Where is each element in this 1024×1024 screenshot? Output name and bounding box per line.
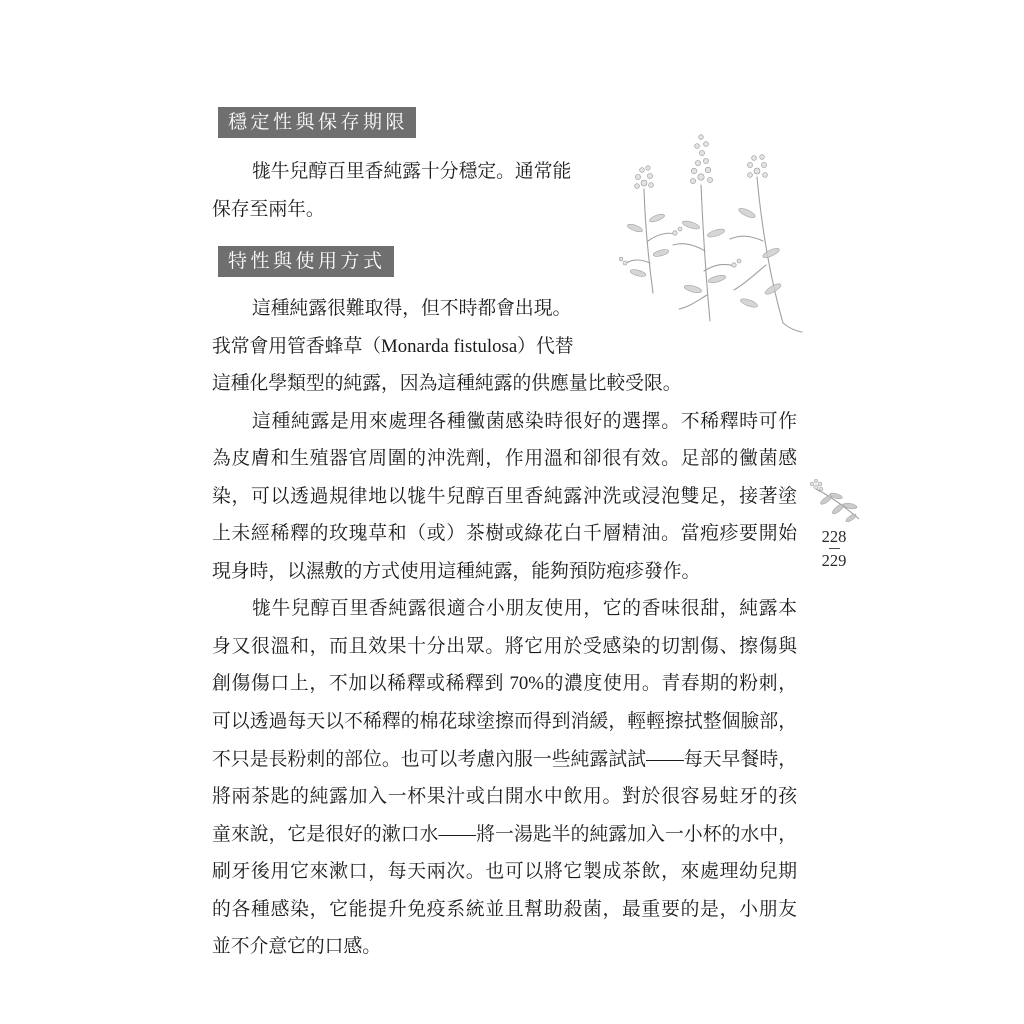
text-line: 為皮膚和生殖器官周圍的沖洗劑，作用溫和卻很有效。足部的黴菌感 [212, 440, 797, 478]
text-line: 染，可以透過規律地以牻牛兒醇百里香純露沖洗或浸泡雙足，接著塗 [212, 478, 797, 516]
page-number-divider [829, 548, 840, 549]
text-line: 上未經稀釋的玫瑰草和（或）茶樹或綠花白千層精油。當疱疹要開始 [212, 515, 797, 553]
text-line: 創傷傷口上，不加以稀釋或稀釋到 70%的濃度使用。青春期的粉刺， [212, 665, 797, 703]
text-line: 牻牛兒醇百里香純露很適合小朋友使用，它的香味很甜，純露本 [212, 590, 797, 628]
text-line: 這種純露是用來處理各種黴菌感染時很好的選擇。不稀釋時可作 [212, 403, 797, 441]
text-line: 身又很溫和，而且效果十分出眾。將它用於受感染的切割傷、擦傷與 [212, 628, 797, 666]
text-line: 現身時，以濕敷的方式使用這種純露，能夠預防疱疹發作。 [212, 553, 797, 591]
section-2-text: 這種純露很難取得，但不時都會出現。 我常會用管香蜂草（Monarda fistu… [212, 290, 797, 966]
leaf-sprig-ornament-icon [806, 478, 862, 522]
text-line: 童來說，它是很好的漱口水——將一湯匙半的純露加入一小杯的水中， [212, 816, 797, 854]
book-page: 穩定性與保存期限 牻牛兒醇百里香純露十分穩定。通常能 保存至兩年。 特性與使用方… [0, 0, 1024, 1024]
section-header-stability: 穩定性與保存期限 [218, 107, 416, 138]
page-number-top: 228 [822, 527, 847, 546]
text-line: 不只是長粉刺的部位。也可以考慮內服一些純露試試——每天早餐時， [212, 741, 797, 779]
text-line: 刷牙後用它來漱口，每天兩次。也可以將它製成茶飲，來處理幼兒期 [212, 853, 797, 891]
page-number-bottom: 229 [822, 551, 847, 570]
text-line: 並不介意它的口感。 [212, 928, 797, 966]
text-line: 可以透過每天以不稀釋的棉花球塗擦而得到消緩，輕輕擦拭整個臉部， [212, 703, 797, 741]
section-header-usage: 特性與使用方式 [218, 246, 394, 277]
text-line: 的各種感染，它能提升免疫系統並且幫助殺菌，最重要的是，小朋友 [212, 891, 797, 929]
text-line: 這種化學類型的純露，因為這種純露的供應量比較受限。 [212, 365, 797, 403]
thyme-plant-illustration-icon [613, 113, 803, 335]
text-line: 將兩茶匙的純露加入一杯果汁或白開水中飲用。對於很容易蛀牙的孩 [212, 778, 797, 816]
page-numbers: 228 229 [806, 528, 862, 569]
